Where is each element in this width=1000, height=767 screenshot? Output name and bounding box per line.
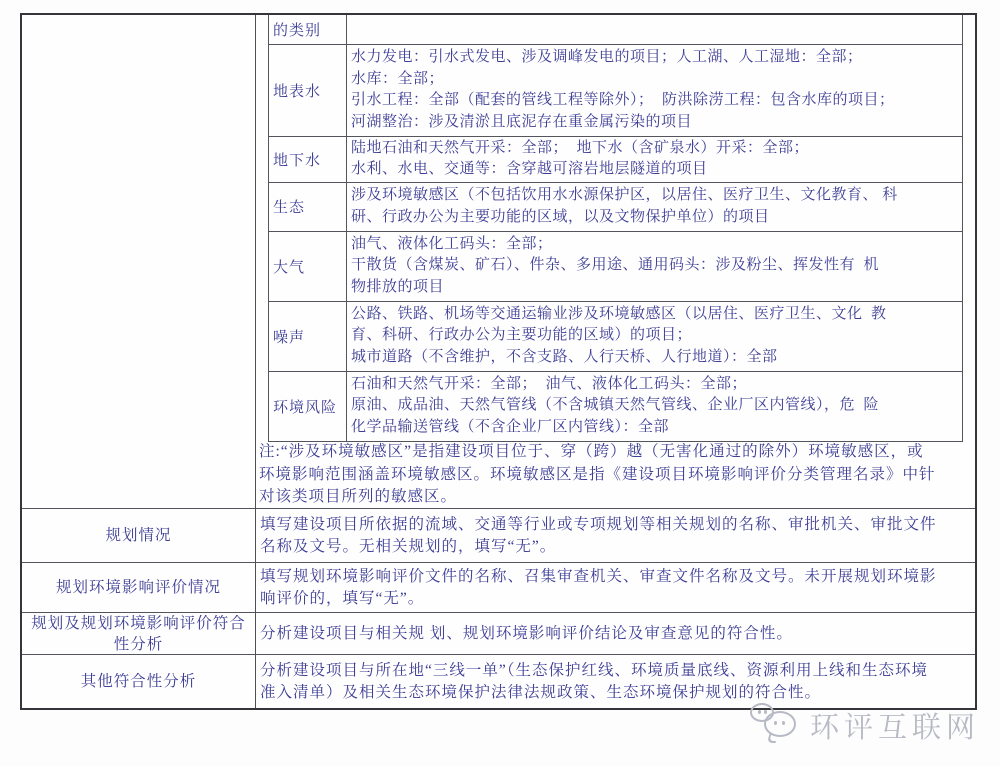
category-content: 陆地石油和天然气开采：全部； 地下水（含矿泉水）开采：全部； 水利、水电、交通等… bbox=[347, 136, 963, 182]
category-label-ecology: 生态 bbox=[269, 182, 347, 231]
watermark: 环评互联网 bbox=[748, 700, 980, 750]
row-label-planning-status: 规划情况 bbox=[22, 509, 256, 562]
table-row: 生态 涉及环境敏感区（不包括饮用水水源保护区，以居住、医疗卫生、文化教育、 科 … bbox=[269, 182, 963, 231]
eia-classification-table: 的类别 地表水 水力发电：引水式发电、涉及调峰发电的项目；人工湖、人工湿地：全部… bbox=[20, 13, 977, 710]
bottom-rows: 规划情况 填写建设项目所依据的流域、交通等行业或专项规划等相关规划的名称、审批机… bbox=[22, 508, 975, 708]
category-label-environmental-risk: 环境风险 bbox=[269, 371, 347, 441]
table-row: 地下水 陆地石油和天然气开采：全部； 地下水（含矿泉水）开采：全部； 水利、水电… bbox=[269, 136, 963, 182]
category-content: 水力发电：引水式发电、涉及调峰发电的项目；人工湖、人工湿地：全部； 水库：全部；… bbox=[347, 44, 963, 136]
row-label-other-conformity-analysis: 其他符合性分析 bbox=[22, 655, 256, 708]
chat-bubbles-icon bbox=[748, 700, 804, 750]
category-table: 的类别 地表水 水力发电：引水式发电、涉及调峰发电的项目；人工湖、人工湿地：全部… bbox=[268, 15, 963, 442]
category-content: 石油和天然气开采：全部； 油气、液体化工码头：全部； 原油、成品油、天然气管线（… bbox=[347, 371, 963, 441]
row-content: 分析建设项目与相关规 划、规划环境影响评价结论及审查意见的符合性。 bbox=[256, 613, 975, 654]
category-content: 公路、铁路、机场等交通运输业涉及环境敏感区（以居住、医疗卫生、文化 教 育、科研… bbox=[347, 301, 963, 371]
table-row: 环境风险 石油和天然气开采：全部； 油气、液体化工码头：全部； 原油、成品油、天… bbox=[269, 371, 963, 441]
row-label-planning-eia-status: 规划环境影响评价情况 bbox=[22, 563, 256, 612]
table-row: 噪声 公路、铁路、机场等交通运输业涉及环境敏感区（以居住、医疗卫生、文化 教 育… bbox=[269, 301, 963, 371]
row-content: 填写规划环境影响评价文件的名称、召集审查机关、审查文件名称及文号。未开展规划环境… bbox=[256, 563, 975, 612]
empty-cell bbox=[347, 15, 963, 44]
table-row: 规划环境影响评价情况 填写规划环境影响评价文件的名称、召集审查机关、审查文件名称… bbox=[22, 562, 975, 612]
category-label-surface-water: 地表水 bbox=[269, 44, 347, 136]
row-content: 填写建设项目所依据的流域、交通等行业或专项规划等相关规划的名称、审批机关、审批文… bbox=[256, 509, 975, 562]
table-row: 大气 油气、液体化工码头：全部； 干散货（含煤炭、矿石）、件杂、多用途、通用码头… bbox=[269, 231, 963, 301]
table-row: 规划情况 填写建设项目所依据的流域、交通等行业或专项规划等相关规划的名称、审批机… bbox=[22, 508, 975, 562]
note-text: 注:“涉及环境敏感区”是指建设项目位于、穿（跨）越（无害化通过的除外）环境敏感区… bbox=[259, 439, 973, 510]
partial-category-header: 的类别 bbox=[269, 15, 347, 44]
category-label-groundwater: 地下水 bbox=[269, 136, 347, 182]
category-label-air: 大气 bbox=[269, 231, 347, 301]
table-row: 的类别 bbox=[269, 15, 963, 44]
category-content: 涉及环境敏感区（不包括饮用水水源保护区，以居住、医疗卫生、文化教育、 科 研、行… bbox=[347, 182, 963, 231]
watermark-text: 环评互联网 bbox=[810, 705, 980, 746]
table-row: 地表水 水力发电：引水式发电、涉及调峰发电的项目；人工湖、人工湿地：全部； 水库… bbox=[269, 44, 963, 136]
left-empty-cell bbox=[22, 15, 256, 508]
row-label-conformity-analysis: 规划及规划环境影响评价符合性分析 bbox=[22, 613, 256, 654]
table-row: 规划及规划环境影响评价符合性分析 分析建设项目与相关规 划、规划环境影响评价结论… bbox=[22, 612, 975, 654]
document-page: 的类别 地表水 水力发电：引水式发电、涉及调峰发电的项目；人工湖、人工湿地：全部… bbox=[0, 0, 1000, 767]
category-label-noise: 噪声 bbox=[269, 301, 347, 371]
category-content: 油气、液体化工码头：全部； 干散货（含煤炭、矿石）、件杂、多用途、通用码头：涉及… bbox=[347, 231, 963, 301]
